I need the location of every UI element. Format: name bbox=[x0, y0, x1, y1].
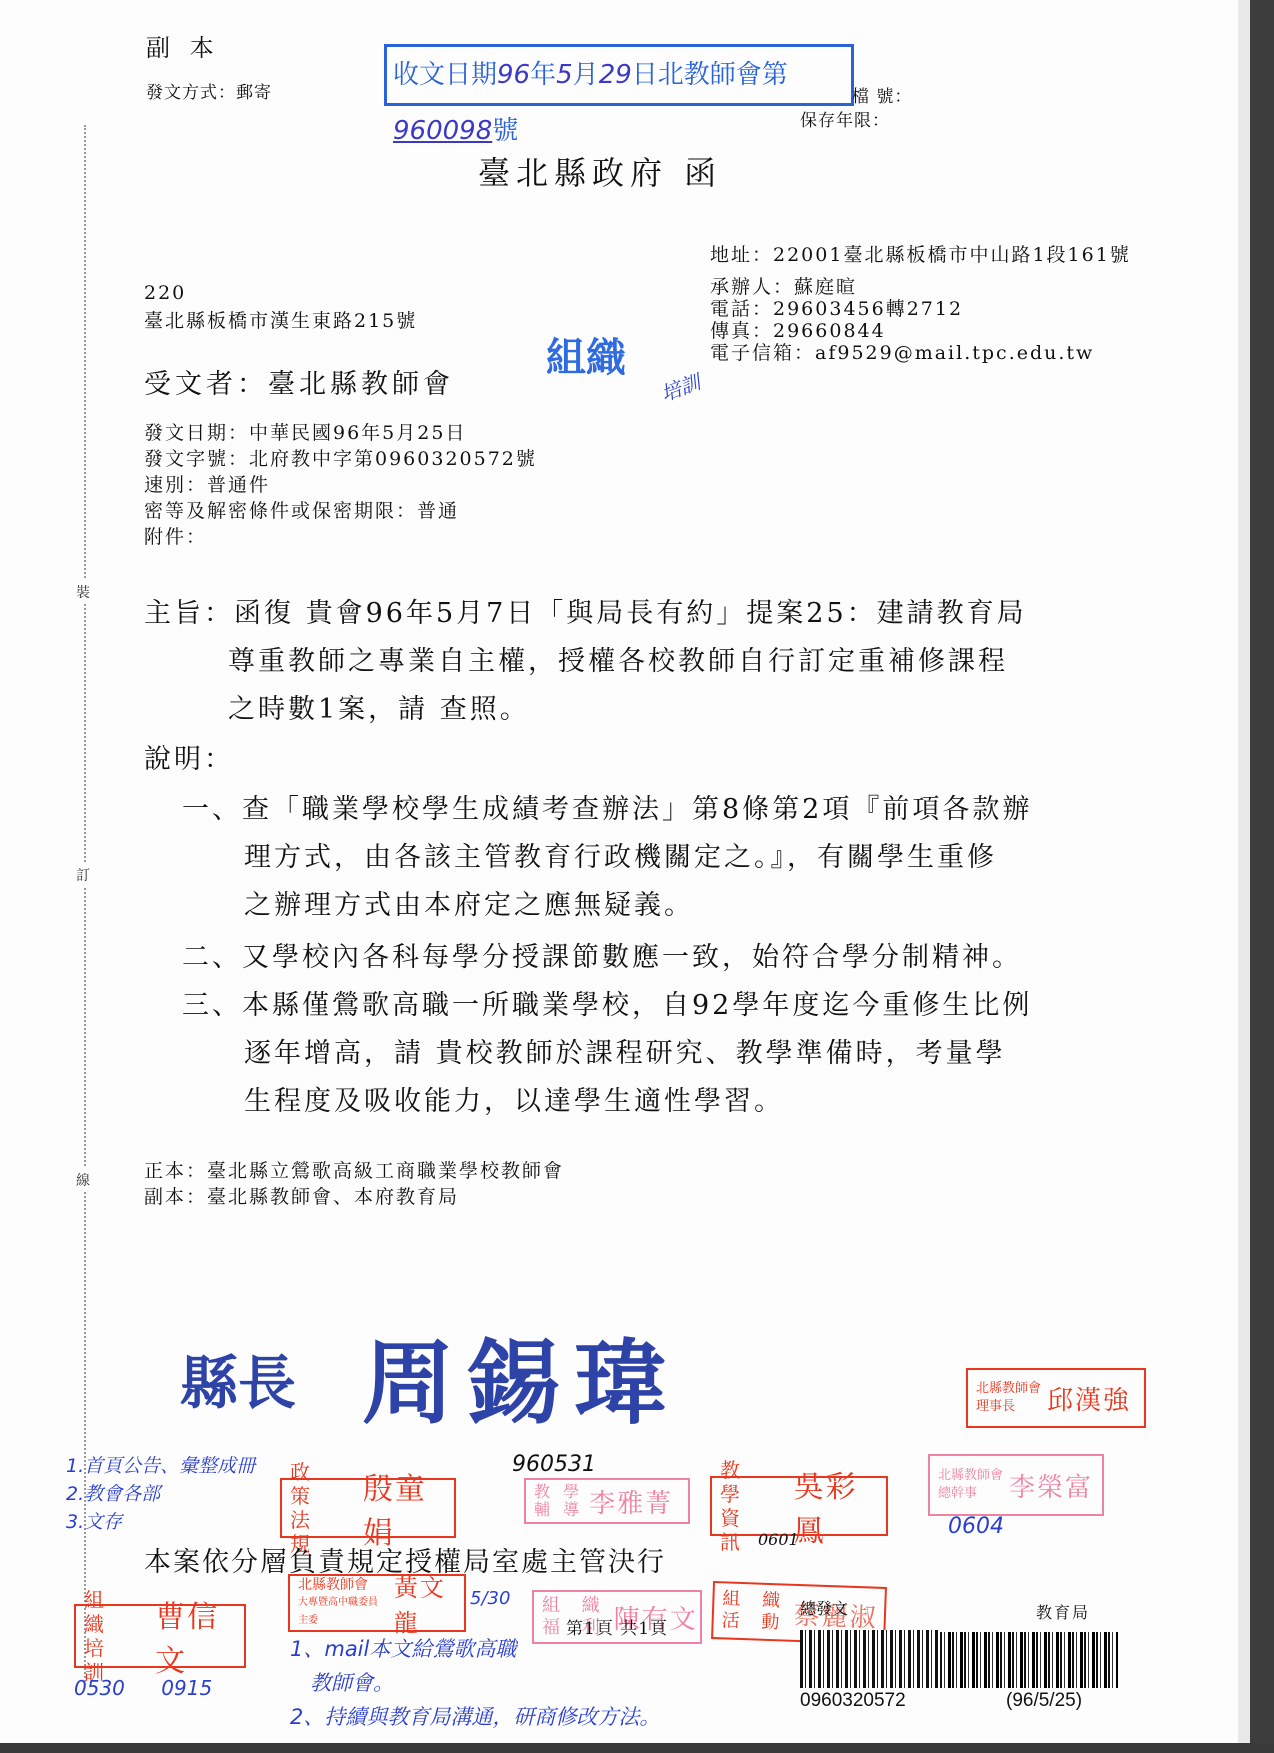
training-dates: 0530 0915 bbox=[74, 1676, 212, 1700]
email: 電子信箱：af9529@mail.tpc.edu.tw bbox=[710, 342, 1094, 364]
org-stamp-handnote: 培訓 bbox=[656, 366, 704, 407]
signature-name: 周錫瑋 bbox=[362, 1310, 680, 1442]
subject-line: 主旨：函復 貴會96年5月7日「與局長有約」提案25：建請教育局 bbox=[144, 590, 1027, 638]
subject: 主旨：函復 貴會96年5月7日「與局長有約」提案25：建請教育局 尊重教師之專業… bbox=[144, 590, 1027, 734]
subject-line: 尊重教師之專業自主權，授權各校教師自行訂定重補修課程 bbox=[144, 638, 1027, 686]
speed: 速別：普通件 bbox=[144, 472, 537, 498]
stamp-college-committee: 北縣教師會大專暨高中職委員主委 黃文龍 bbox=[288, 1574, 466, 1632]
stamp-teaching-guidance: 教 學輔 導 李雅菁 bbox=[524, 1478, 690, 1524]
stamp-secretary: 北縣教師會總幹事 李榮富 bbox=[928, 1454, 1104, 1516]
stamp-chairman: 北縣教師會理事長 邱漢強 bbox=[966, 1368, 1146, 1428]
left-handwritten-notes: 1.首頁公告、彙整成冊 2.教會各部 3.文存 bbox=[66, 1452, 255, 1536]
page-edge bbox=[1238, 0, 1250, 1743]
dispatch-label: 總發文 bbox=[800, 1596, 848, 1619]
fax: 傳真：29660844 bbox=[710, 320, 1094, 342]
retention-label: 保存年限： bbox=[800, 106, 890, 131]
barcode-left bbox=[800, 1630, 940, 1688]
handler: 承辦人：蘇庭暄 bbox=[710, 276, 1094, 298]
handwritten-number: 960531 bbox=[512, 1452, 596, 1477]
explanation-item-1: 一、查「職業學校學生成績考查辦法」第8條第2項『前項各款辦 理方式，由各該主管教… bbox=[182, 786, 1032, 930]
file-number-label: 檔 號： bbox=[852, 82, 912, 107]
subject-line: 之時數1案，請 查照。 bbox=[144, 686, 1027, 734]
receipt-stamp: 收文日期96年5月29日北教師會第960098號 bbox=[384, 44, 854, 106]
sender-address: 地址：22001臺北縣板橋市中山路1段161號 bbox=[710, 240, 1131, 267]
binding-mark-ding: 訂 bbox=[76, 863, 90, 887]
explanation-label: 說明： bbox=[144, 736, 234, 784]
barcode-date: (96/5/25) bbox=[1006, 1690, 1082, 1712]
attachments: 附件： bbox=[144, 524, 537, 550]
contact-block: 承辦人：蘇庭暄 電話：29603456轉2712 傳真：29660844 電子信… bbox=[710, 276, 1094, 364]
document-page: 裝 訂 線 副 本 發文方式：郵寄 收文日期96年5月29日北教師會第96009… bbox=[0, 0, 1238, 1743]
stamp-teaching-info: 教 學資 訊 吳彩鳳 bbox=[710, 1476, 888, 1536]
classification: 密等及解密條件或保密期限：普通 bbox=[144, 498, 537, 524]
barcode bbox=[940, 1632, 1118, 1688]
handwritten-initial: 0601 bbox=[758, 1530, 799, 1549]
recipient: 受文者：臺北縣教師會 bbox=[144, 362, 454, 401]
signature-title: 縣長 bbox=[180, 1336, 296, 1420]
send-method: 發文方式：郵寄 bbox=[146, 78, 272, 103]
explanation-item-2: 二、又學校內各科每學分授課節數應一致，始符合學分制精神。 bbox=[182, 934, 1022, 982]
original-to: 正本：臺北縣立鶯歌高級工商職業學校教師會 bbox=[144, 1156, 564, 1183]
copy-label: 副 本 bbox=[146, 28, 220, 63]
barcode-number: 0960320572 bbox=[800, 1690, 906, 1712]
stamp-policy: 政 策法 規 殷童娟 bbox=[280, 1478, 456, 1538]
handwritten-date: 5/30 bbox=[470, 1588, 510, 1609]
doc-number: 發文字號：北府教中字第0960320572號 bbox=[144, 446, 537, 472]
secretary-handnote: 0604 bbox=[948, 1514, 1004, 1539]
copy-to: 副本：臺北縣教師會、本府教育局 bbox=[144, 1182, 459, 1209]
department-label: 教育局 bbox=[1036, 1600, 1090, 1623]
meta-block: 發文日期：中華民國96年5月25日 發文字號：北府教中字第0960320572號… bbox=[144, 420, 537, 550]
binding-mark-zhuang: 裝 bbox=[76, 580, 90, 604]
bottom-handwritten-notes: 1、mail本文給鶯歌高職 教師會。 2、持續與教育局溝通，研商修改方法。 bbox=[290, 1632, 660, 1734]
scanner-bottom-bar bbox=[0, 1743, 1274, 1753]
org-stamp: 組織 bbox=[546, 326, 626, 383]
recipient-postcode: 220 bbox=[144, 282, 186, 304]
scanner-bar bbox=[1250, 0, 1274, 1753]
binding-line bbox=[84, 125, 86, 1685]
recipient-address: 臺北縣板橋市漢生東路215號 bbox=[144, 306, 417, 333]
phone: 電話：29603456轉2712 bbox=[710, 298, 1094, 320]
explanation-item-3: 三、本縣僅鶯歌高職一所職業學校，自92學年度迄今重修生比例 逐年增高，請 貴校教… bbox=[182, 982, 1032, 1126]
document-title: 臺北縣政府 函 bbox=[478, 148, 722, 194]
stamp-org-training: 組 織培 訓 曹信文 bbox=[74, 1604, 246, 1668]
binding-mark-xian: 線 bbox=[76, 1168, 90, 1192]
send-date: 發文日期：中華民國96年5月25日 bbox=[144, 420, 537, 446]
